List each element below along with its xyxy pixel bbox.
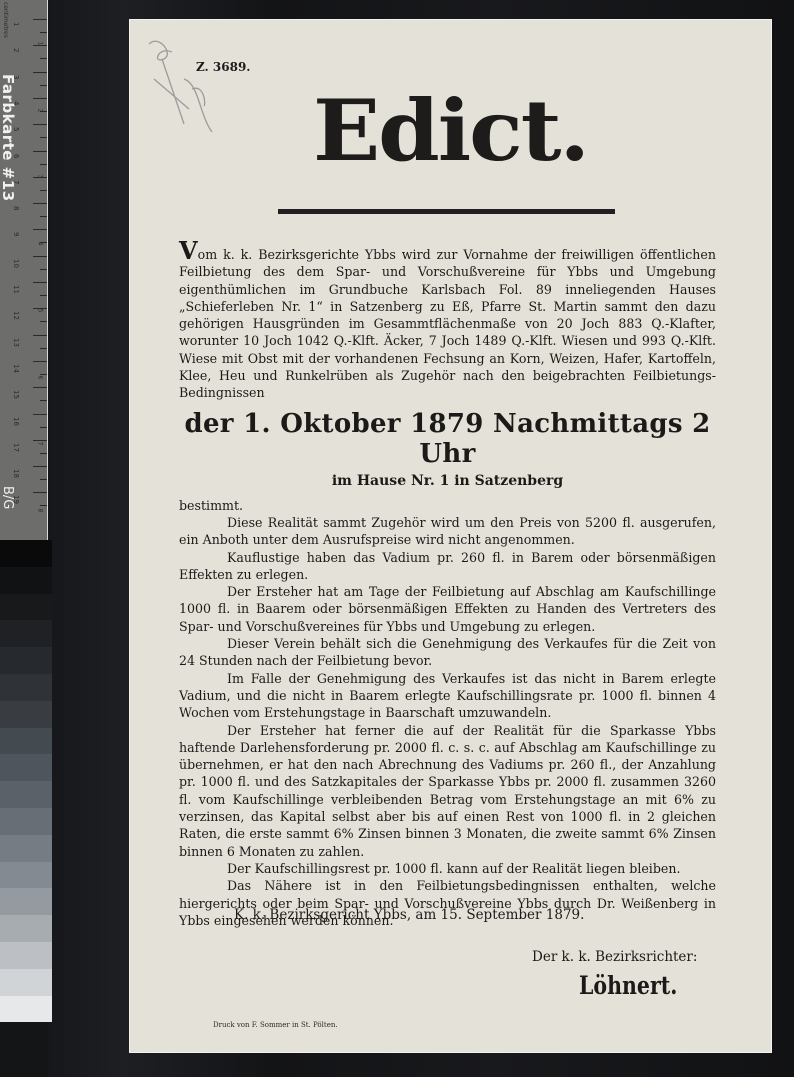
ruler-cm-label: 11	[12, 285, 20, 294]
document-title: Edict.	[113, 89, 788, 173]
ruler-cm-label: 6	[12, 154, 20, 158]
paragraph-approval: Dieser Verein behält sich die Genehmigun…	[179, 635, 716, 670]
ruler-cm-label: 17	[12, 443, 20, 452]
greyscale-strip	[0, 540, 52, 1022]
ruler-cm-tick	[33, 466, 47, 467]
signatory-name: Löhnert.	[579, 971, 677, 1000]
ruler-cm-tick	[33, 124, 47, 125]
ruler-cm-tick	[33, 256, 47, 257]
ruler-half-tick	[40, 164, 47, 165]
signatory-title: Der k. k. Bezirksrichter:	[532, 949, 697, 965]
ruler-cm-label: 10	[12, 259, 20, 268]
ruler-half-tick	[40, 400, 47, 401]
greyscale-patch	[0, 567, 52, 594]
ruler-half-tick	[40, 58, 47, 59]
greyscale-patch	[0, 996, 52, 1023]
ruler-cm-label: 7	[12, 180, 20, 184]
ruler-inch-label: 3	[36, 175, 43, 179]
ruler-cm-label: 2	[12, 48, 20, 52]
ruler-cm-label: 14	[12, 364, 20, 373]
greyscale-patch	[0, 969, 52, 996]
ruler-half-tick	[40, 295, 47, 296]
ruler-half-tick	[40, 453, 47, 454]
measurement-ruler: centimetres Farbkarte #13 B/G 1234567891…	[0, 0, 48, 540]
ruler-cm-tick	[33, 151, 47, 152]
greyscale-patch	[0, 862, 52, 889]
paragraph-conversion: Im Falle der Genehmigung des Verkaufes i…	[179, 670, 716, 722]
ruler-cm-tick	[33, 203, 47, 204]
ruler-half-tick	[40, 32, 47, 33]
greyscale-patch	[0, 888, 52, 915]
greyscale-patch	[0, 808, 52, 835]
ruler-cm-tick	[33, 414, 47, 415]
greyscale-patch	[0, 915, 52, 942]
ruler-inch-label: 2	[36, 108, 43, 112]
ruler-cm-tick	[33, 72, 47, 73]
paragraph-price: Diese Realität sammt Zugehör wird um den…	[179, 514, 716, 549]
ruler-cm-tick	[33, 19, 47, 20]
ruler-cm-label: 4	[12, 101, 20, 105]
ruler-half-tick	[40, 269, 47, 270]
greyscale-patch	[0, 620, 52, 647]
ruler-half-tick	[40, 321, 47, 322]
ruler-cm-label: 19	[12, 495, 20, 504]
greyscale-patch	[0, 647, 52, 674]
greyscale-patch	[0, 594, 52, 621]
ruler-half-tick	[40, 427, 47, 428]
ruler-cm-tick	[33, 335, 47, 336]
ruler-inch-label: 8	[36, 508, 43, 512]
greyscale-patch	[0, 540, 52, 567]
greyscale-patch	[0, 674, 52, 701]
ruler-inch-label: 1	[36, 42, 43, 46]
reference-number: Z. 3689.	[196, 60, 250, 74]
greyscale-patch	[0, 754, 52, 781]
auction-place: im Hause Nr. 1 in Satzenberg	[179, 471, 716, 491]
ruler-half-tick	[40, 348, 47, 349]
ruler-cm-label: 8	[12, 206, 20, 210]
court-date-line: K. k. Bezirksgericht Ybbs, am 15. Septem…	[234, 907, 584, 923]
ruler-inch-label: 5	[36, 308, 43, 312]
ruler-half-tick	[40, 85, 47, 86]
ruler-inch-label: 7	[36, 442, 43, 446]
greyscale-patch	[0, 781, 52, 808]
auction-date: der 1. Oktober 1879 Nachmittags 2 Uhr	[179, 409, 716, 469]
ruler-cm-label: 5	[12, 127, 20, 131]
ruler-cm-label: 13	[12, 338, 20, 347]
ruler-cm-tick	[33, 492, 47, 493]
ruler-half-tick	[40, 216, 47, 217]
ruler-half-tick	[40, 137, 47, 138]
ruler-cm-label: 18	[12, 469, 20, 478]
ruler-cm-tick	[33, 98, 47, 99]
printer-imprint: Druck von F. Sommer in St. Pölten.	[213, 1021, 338, 1029]
greyscale-patch	[0, 835, 52, 862]
paragraph-down-payment: Der Ersteher hat am Tage der Feilbietung…	[179, 583, 716, 635]
ruler-cm-tick	[33, 229, 47, 230]
ruler-cm-label: 3	[12, 75, 20, 79]
greyscale-patch	[0, 701, 52, 728]
ruler-cm-label: 15	[12, 390, 20, 399]
greyscale-patch	[0, 728, 52, 755]
intro-paragraph: Vom k. k. Bezirksgerichte Ybbs wird zur …	[179, 239, 716, 402]
ruler-half-tick	[40, 190, 47, 191]
ruler-cm-tick	[33, 361, 47, 362]
title-divider	[278, 209, 615, 214]
edict-document: Z. 3689. Edict. Vom k. k. Bezirksgericht…	[129, 19, 772, 1053]
paragraph-remainder: Der Kaufschillingsrest pr. 1000 fl. kann…	[179, 860, 716, 877]
ruler-half-tick	[40, 505, 47, 506]
ruler-inch-label: 4	[36, 242, 43, 246]
ruler-cm-label: 9	[12, 232, 20, 236]
determined-text: bestimmt.	[179, 497, 716, 514]
ruler-cm-label: 1	[12, 22, 20, 26]
greyscale-patch	[0, 942, 52, 969]
ruler-cm-tick	[33, 387, 47, 388]
ruler-cm-label: 16	[12, 417, 20, 426]
document-body: Vom k. k. Bezirksgerichte Ybbs wird zur …	[179, 239, 716, 929]
paragraph-deposit: Kauflustige haben das Vadium pr. 260 fl.…	[179, 549, 716, 584]
ruler-unit-label: centimetres	[2, 2, 9, 38]
paragraph-loan-terms: Der Ersteher hat ferner die auf der Real…	[179, 722, 716, 860]
ruler-half-tick	[40, 479, 47, 480]
ruler-cm-tick	[33, 282, 47, 283]
ruler-inch-label: 6	[36, 375, 43, 379]
ruler-cm-label: 12	[12, 311, 20, 320]
